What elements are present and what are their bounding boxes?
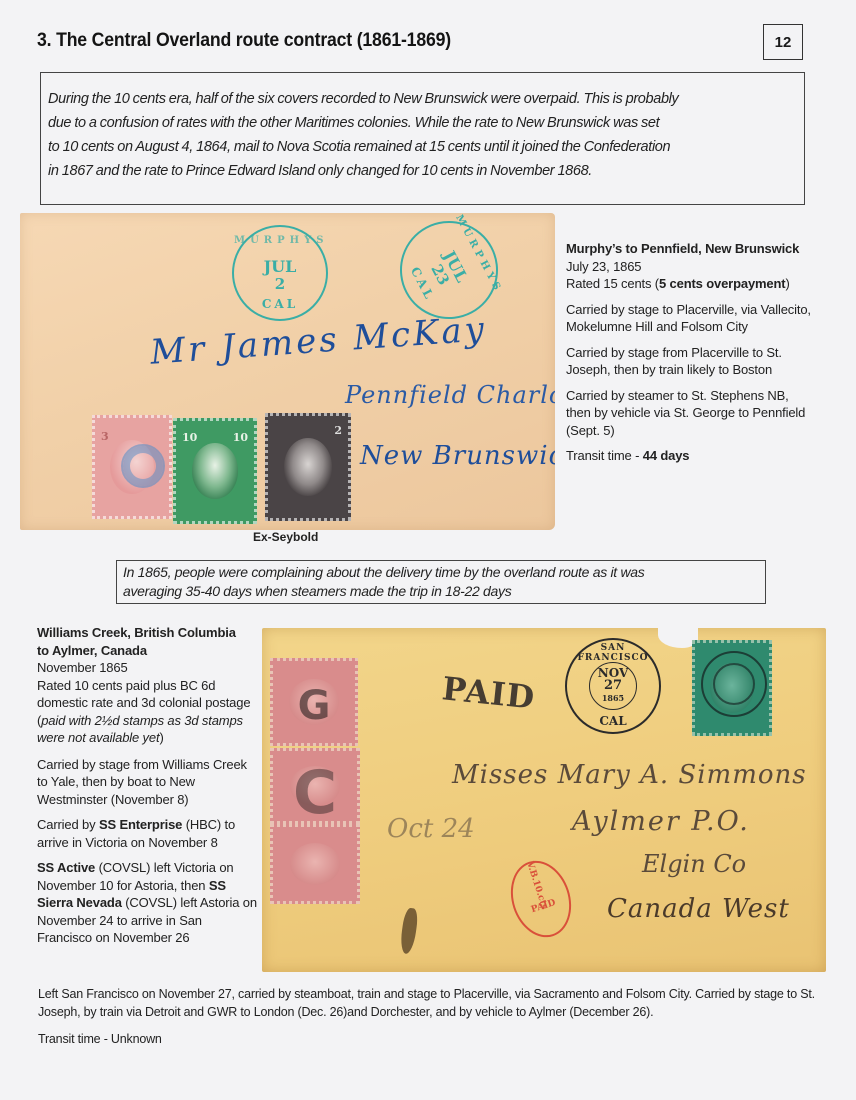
page-number-box: 12 [763, 24, 803, 60]
cover2-description: Williams Creek, British Columbiato Aylme… [37, 624, 259, 955]
cover2-route-2: Carried by SS Enterprise (HBC) to arrive… [37, 816, 259, 851]
cover-murphys-envelope: MURPHYS JUL 2 CAL MURPHYS JUL 23 CAL Mr … [20, 213, 555, 530]
postmark-state: CAL [234, 297, 326, 311]
address-line: New Brunswick [360, 441, 555, 471]
postmark-town: SAN FRANCISCO [567, 643, 659, 663]
note-line: averaging 35-40 days when steamers made … [123, 582, 759, 601]
stamp-3-cents: 3 [92, 415, 172, 519]
docket-text: Oct 24 [387, 814, 475, 844]
intro-line: During the 10 cents era, half of the six… [48, 87, 796, 111]
ink-blot [399, 907, 419, 955]
cover1-route-2: Carried by stage from Placerville to St.… [566, 344, 816, 379]
cover1-transit: Transit time - 44 days [566, 447, 816, 465]
address-line: Pennfield Charlotte [345, 381, 555, 409]
postmark-day: 2 [234, 275, 326, 293]
stamp-2-cents: 2 [265, 413, 351, 521]
postmark-month: JUL [234, 257, 326, 276]
target-cancel [121, 444, 165, 488]
cover-williams-creek-envelope: G C PAID SAN FRANCISCO NOV 27 1865 CAL M… [262, 628, 826, 972]
address-line: Misses Mary A. Simmons [452, 760, 807, 790]
grid-cancel: C [270, 758, 360, 828]
intro-line: in 1867 and the rate to Prince Edward Is… [48, 159, 796, 183]
address-line: Canada West [607, 894, 790, 924]
address-line: Mr James McKay [149, 309, 488, 372]
postmark-town: MURPHYS [234, 235, 326, 246]
cover2-journey-description: Left San Francisco on November 27, carri… [38, 985, 828, 1057]
cover1-caption: Ex-Seybold [253, 530, 318, 544]
cover1-heading: Murphy’s to Pennfield, New Brunswick [566, 241, 799, 256]
paid-handstamp: PAID [440, 669, 537, 717]
cover1-rate: Rated 15 cents (5 cents overpayment) [566, 276, 790, 291]
intro-line: to 10 cents on August 4, 1864, mail to N… [48, 135, 796, 159]
cover1-description: Murphy’s to Pennfield, New Brunswick Jul… [566, 240, 816, 473]
cover1-date: July 23, 1865 [566, 259, 641, 274]
address-line: Elgin Co [642, 850, 746, 878]
postmark-year: 1865 [567, 693, 659, 703]
cover2-date: November 1865 [37, 660, 128, 675]
transit-time: Transit time - Unknown [38, 1030, 828, 1048]
cover1-route-1: Carried by stage to Placerville, via Val… [566, 301, 816, 336]
page-title: 3. The Central Overland route contract (… [37, 30, 451, 52]
journey-paragraph: Left San Francisco on November 27, carri… [38, 985, 828, 1021]
stamp-10-cents: 10 10 [173, 418, 257, 524]
stamp-bc-2-5d-top: G [270, 658, 358, 746]
cover2-rate: Rated 10 cents paid plus BC 6d domestic … [37, 678, 250, 746]
address-line: Aylmer P.O. [572, 806, 750, 837]
cover1-route-3: Carried by steamer to St. Stephens NB, t… [566, 387, 816, 440]
postmark-state: CAL [567, 714, 659, 728]
red-oval-handstamp: V.B.10.cts PAID [501, 853, 580, 945]
note-line: In 1865, people were complaining about t… [123, 563, 759, 582]
intro-box: During the 10 cents era, half of the six… [40, 72, 805, 205]
stamp-bc-2-5d-bottom [270, 824, 360, 904]
note-box: In 1865, people were complaining about t… [116, 560, 766, 604]
postmark-san-francisco: SAN FRANCISCO NOV 27 1865 CAL [565, 638, 661, 734]
intro-line: due to a confusion of rates with the oth… [48, 111, 796, 135]
page-number: 12 [775, 34, 792, 51]
cover2-heading: Williams Creek, British Columbiato Aylme… [37, 625, 236, 658]
postmark-murphys-1: MURPHYS JUL 2 CAL [232, 225, 328, 321]
postmark-day: 27 [567, 678, 659, 693]
cover2-route-1: Carried by stage from Williams Creek to … [37, 756, 259, 809]
cover2-route-3: SS Active (COVSL) left Victoria on Novem… [37, 859, 259, 947]
stamp-us-10-cents [692, 640, 772, 736]
